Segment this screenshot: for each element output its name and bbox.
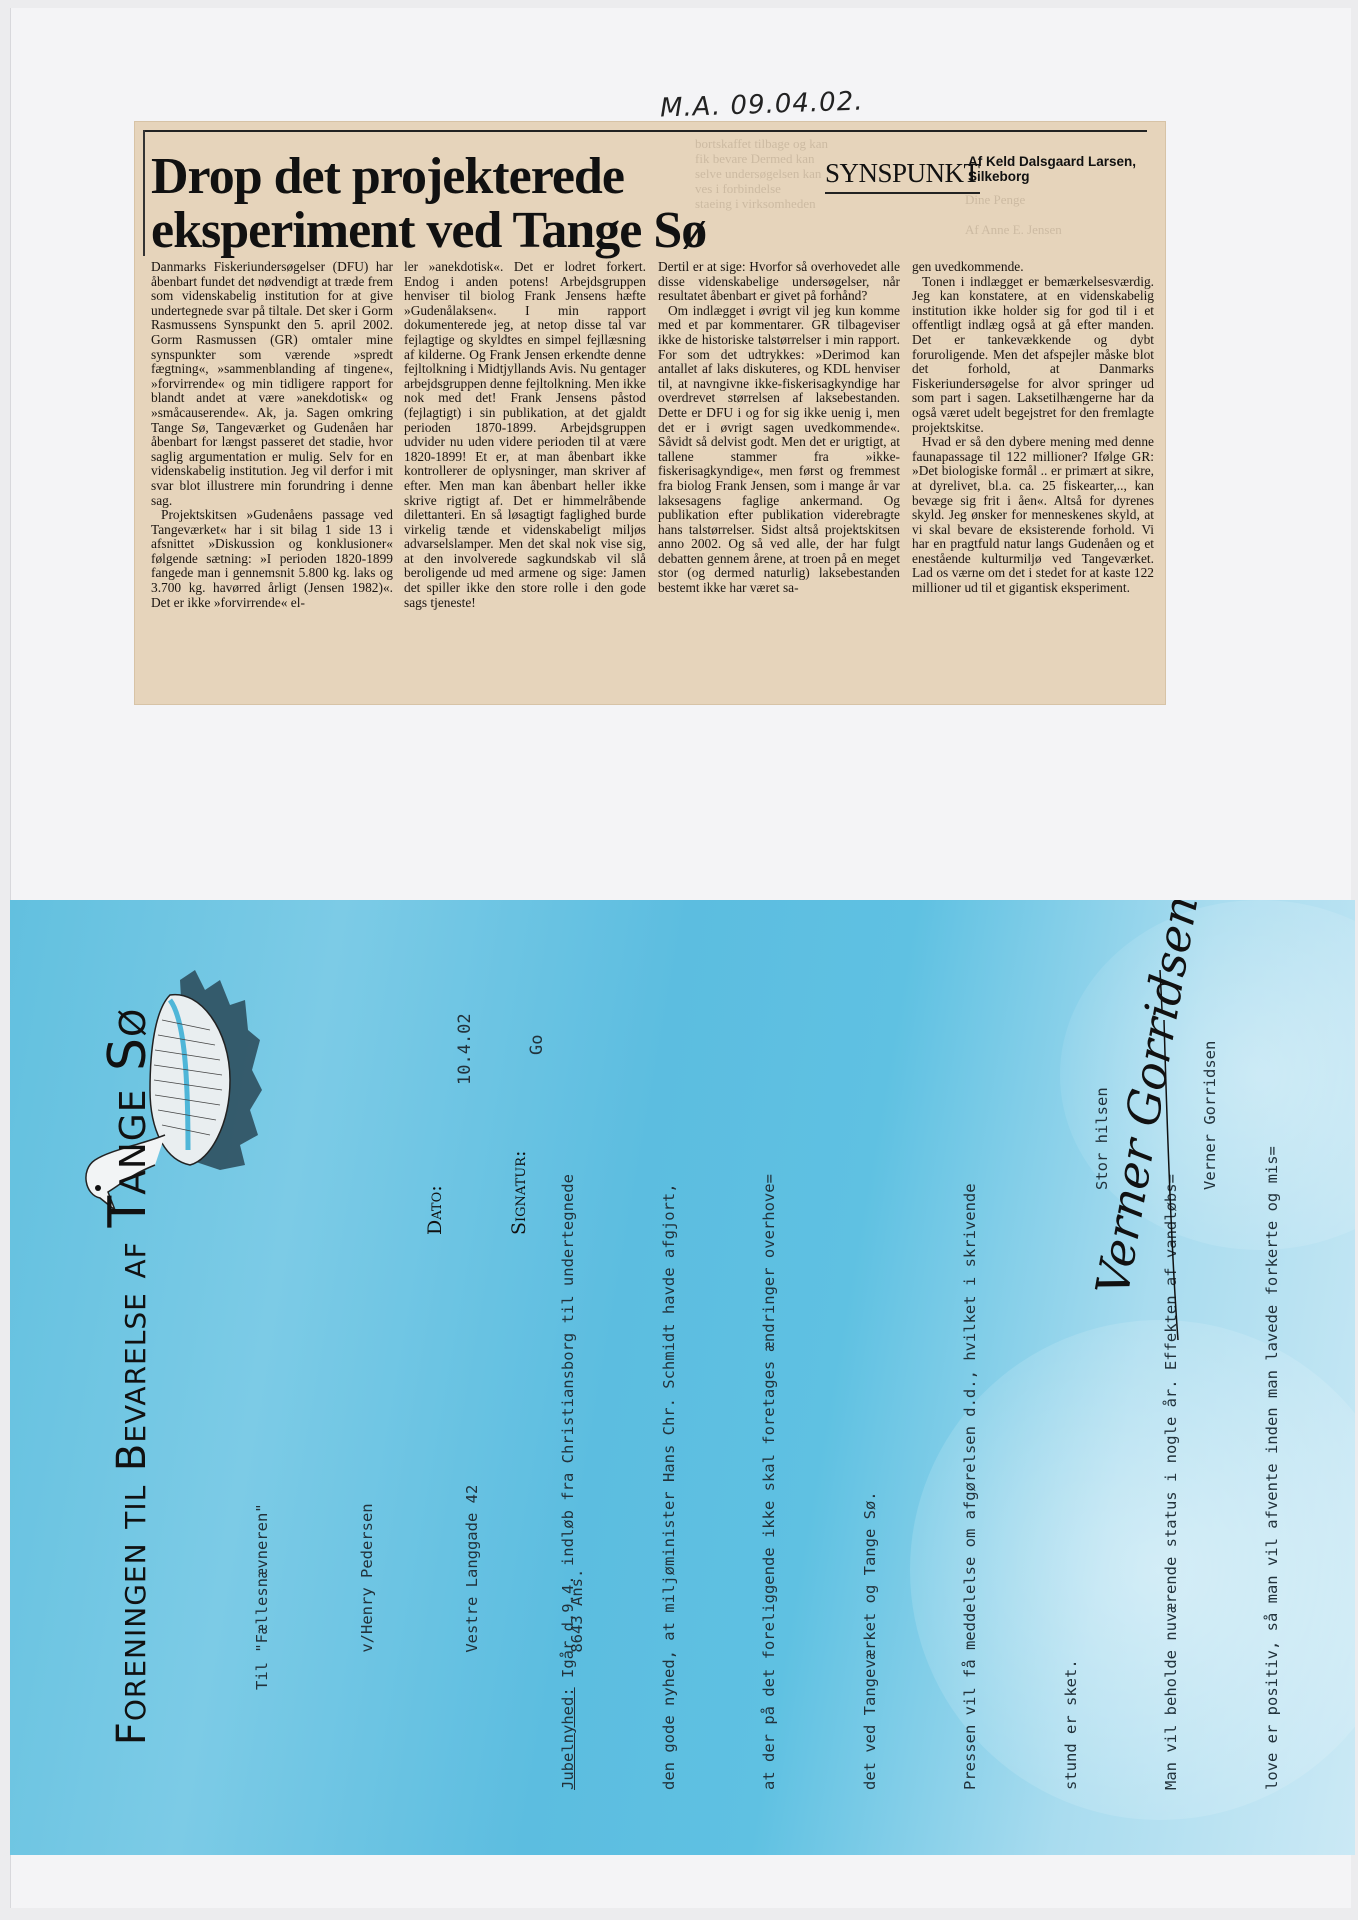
association-letter: Foreningen til Bevarelse af Tange Sø Til… bbox=[10, 900, 1355, 1855]
paragraph: gen uvedkommende. bbox=[912, 260, 1154, 275]
paragraph: Hvad er så den dybere mening med denne f… bbox=[912, 435, 1154, 596]
paragraph: Projektskitsen »Gudenåens passage ved Ta… bbox=[151, 508, 393, 610]
bleed-through-text-3: Dine PengeAf Anne E. Jensen bbox=[965, 192, 1155, 252]
signature-initials: Go bbox=[525, 1013, 549, 1085]
date-label: Dato: bbox=[421, 1151, 449, 1235]
rule-left bbox=[143, 130, 145, 256]
rule-top bbox=[143, 130, 1147, 132]
organization-name-main: Tange Sø bbox=[98, 1008, 158, 1228]
article-body: Danmarks Fiskeriundersøgelser (DFU) har … bbox=[151, 260, 1151, 700]
paragraph: Danmarks Fiskeriundersøgelser (DFU) har … bbox=[151, 260, 393, 508]
meta-values: 10.4.02 Go bbox=[405, 1013, 597, 1085]
body-line: stund er sket. bbox=[1055, 1146, 1089, 1790]
section-label: Synspunkt bbox=[825, 158, 980, 194]
signature-flourish-icon bbox=[1150, 960, 1190, 1350]
paragraph: Dertil er at sige: Hvorfor så overhovede… bbox=[658, 260, 900, 304]
newspaper-clipping: bortskaffet tilbage og kanfik bevare Der… bbox=[135, 122, 1165, 704]
signer-name: Verner Gorridsen bbox=[1192, 1041, 1228, 1190]
article-headline: Drop det projekterede eksperiment ved Ta… bbox=[151, 150, 791, 258]
body-line: Jubelnyhed: Igår d.9.4. indløb fra Chris… bbox=[552, 1146, 586, 1790]
address-line: Til "Fællesnævneren" bbox=[245, 1485, 280, 1690]
article-column-2: ler »anekdotisk«. Det er lodret forkert.… bbox=[404, 260, 646, 610]
body-line: love er positiv, så man vil afvente inde… bbox=[1256, 1146, 1290, 1790]
article-column-4: gen uvedkommende. Tonen i indlægget er b… bbox=[912, 260, 1154, 596]
section-label-text: Synspunkt bbox=[825, 158, 980, 188]
body-line: Pressen vil få meddelelse om afgørelsen … bbox=[954, 1146, 988, 1790]
body-line: den gode nyhed, at miljøminister Hans Ch… bbox=[653, 1146, 687, 1790]
organization-name-prefix: Foreningen til Bevarelse af bbox=[109, 1228, 155, 1746]
letter-body: Jubelnyhed: Igår d.9.4. indløb fra Chris… bbox=[485, 1146, 1355, 1790]
address-line: v/Henry Pedersen bbox=[350, 1485, 385, 1690]
headline-word: Jubelnyhed: bbox=[559, 1687, 577, 1790]
paragraph: ler »anekdotisk«. Det er lodret forkert.… bbox=[404, 260, 646, 610]
body-line: at der på det foreliggende ikke skal for… bbox=[753, 1146, 787, 1790]
date-value: 10.4.02 bbox=[453, 1013, 477, 1085]
section-underline bbox=[825, 192, 980, 194]
article-byline: Af Keld Dalsgaard Larsen, Silkeborg bbox=[968, 154, 1168, 184]
paragraph: Tonen i indlægget er bemærkelsesværdig. … bbox=[912, 275, 1154, 436]
article-column-1: Danmarks Fiskeriundersøgelser (DFU) har … bbox=[151, 260, 393, 610]
paragraph: Om indlægget i øvrigt vil jeg kun komme … bbox=[658, 304, 900, 596]
article-column-3: Dertil er at sige: Hvorfor så overhovede… bbox=[658, 260, 900, 596]
body-line: det ved Tangeværket og Tange Sø. bbox=[854, 1146, 888, 1790]
